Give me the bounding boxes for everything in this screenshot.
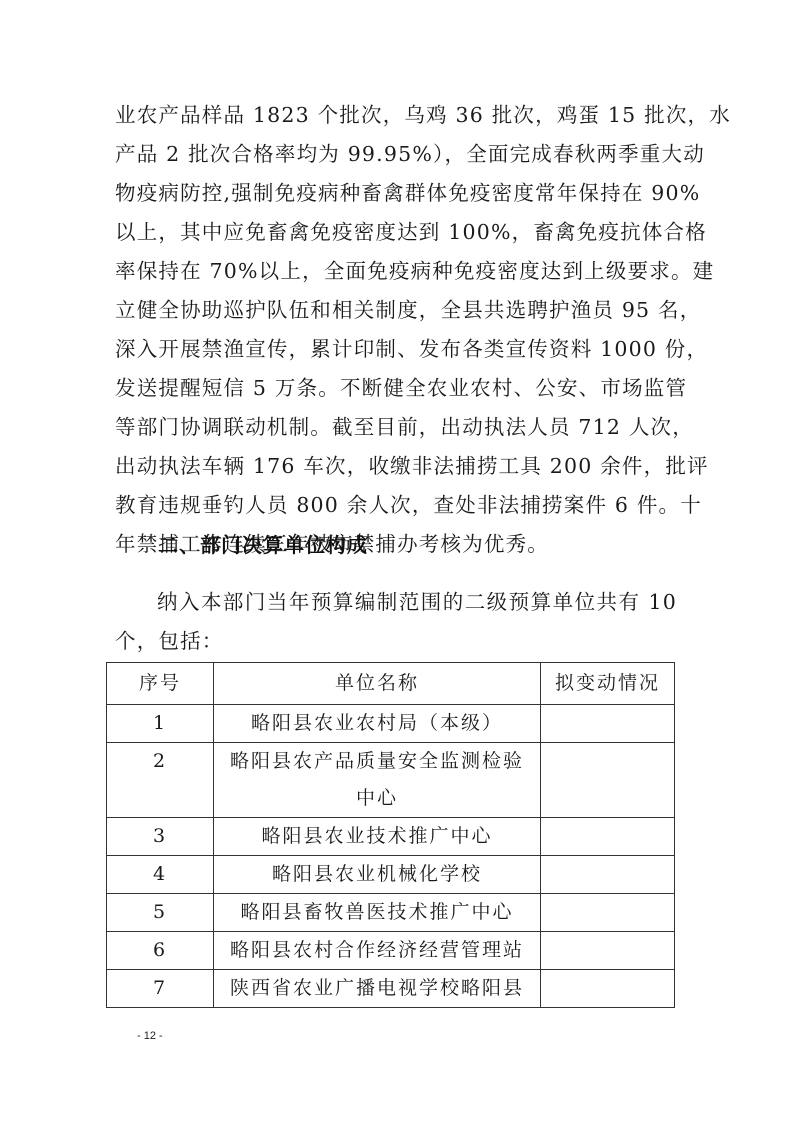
cell-change bbox=[541, 932, 675, 970]
paragraph-line: 以上，其中应免畜禽免疫密度达到 100%，畜禽免疫抗体合格 bbox=[115, 213, 677, 252]
document-page: 业农产品样品 1823 个批次，乌鸡 36 批次，鸡蛋 15 批次，水 产品 2… bbox=[0, 0, 793, 1122]
cell-unit-name: 略阳县农村合作经济经营管理站 bbox=[214, 932, 541, 970]
intro-line: 个，包括： bbox=[115, 622, 677, 661]
cell-unit-name: 略阳县畜牧兽医技术推广中心 bbox=[214, 894, 541, 932]
table-row: 4 略阳县农业机械化学校 bbox=[107, 856, 675, 894]
cell-change bbox=[541, 705, 675, 743]
section-heading: 二、部门决算单位构成 bbox=[158, 530, 368, 560]
intro-paragraph: 纳入本部门当年预算编制范围的二级预算单位共有 10 个，包括： bbox=[115, 583, 677, 661]
cell-index: 4 bbox=[107, 856, 214, 894]
paragraph-line: 深入开展禁渔宣传，累计印制、发布各类宣传资料 1000 份， bbox=[115, 330, 677, 369]
cell-index: 3 bbox=[107, 818, 214, 856]
header-unit-name: 单位名称 bbox=[214, 663, 541, 705]
cell-index: 2 bbox=[107, 743, 214, 818]
cell-index: 7 bbox=[107, 970, 214, 1008]
cell-change bbox=[541, 970, 675, 1008]
header-index: 序号 bbox=[107, 663, 214, 705]
cell-unit-name: 略阳县农业机械化学校 bbox=[214, 856, 541, 894]
cell-unit-name: 略阳县农产品质量安全监测检验 中心 bbox=[214, 743, 541, 818]
cell-change bbox=[541, 818, 675, 856]
table-row: 2 略阳县农产品质量安全监测检验 中心 bbox=[107, 743, 675, 818]
cell-unit-name-line: 中心 bbox=[218, 780, 536, 817]
cell-unit-name: 陕西省农业广播电视学校略阳县 bbox=[214, 970, 541, 1008]
paragraph-line: 等部门协调联动机制。截至目前，出动执法人员 712 人次， bbox=[115, 408, 677, 447]
paragraph-line: 出动执法车辆 176 车次，收缴非法捕捞工具 200 余件，批评 bbox=[115, 447, 677, 486]
table-row: 3 略阳县农业技术推广中心 bbox=[107, 818, 675, 856]
table-row: 1 略阳县农业农村局（本级） bbox=[107, 705, 675, 743]
table-row: 5 略阳县畜牧兽医技术推广中心 bbox=[107, 894, 675, 932]
cell-unit-name-line: 略阳县农产品质量安全监测检验 bbox=[218, 743, 536, 780]
table-header-row: 序号 单位名称 拟变动情况 bbox=[107, 663, 675, 705]
paragraph-line: 教育违规垂钓人员 800 余人次，查处非法捕捞案件 6 件。十 bbox=[115, 486, 677, 525]
header-change-status: 拟变动情况 bbox=[541, 663, 675, 705]
body-paragraph: 业农产品样品 1823 个批次，乌鸡 36 批次，鸡蛋 15 批次，水 产品 2… bbox=[115, 96, 677, 564]
paragraph-line: 物疫病防控,强制免疫病种畜禽群体免疫密度常年保持在 90% bbox=[115, 174, 677, 213]
table-row: 6 略阳县农村合作经济经营管理站 bbox=[107, 932, 675, 970]
cell-unit-name: 略阳县农业农村局（本级） bbox=[214, 705, 541, 743]
cell-index: 1 bbox=[107, 705, 214, 743]
paragraph-line: 率保持在 70%以上，全面免疫病种免疫密度达到上级要求。建 bbox=[115, 252, 677, 291]
cell-change bbox=[541, 894, 675, 932]
page-number: - 12 - bbox=[137, 1030, 163, 1042]
paragraph-line: 发送提醒短信 5 万条。不断健全农业农村、公安、市场监管 bbox=[115, 369, 677, 408]
cell-unit-name: 略阳县农业技术推广中心 bbox=[214, 818, 541, 856]
paragraph-line: 产品 2 批次合格率均为 99.95%），全面完成春秋两季重大动 bbox=[115, 135, 677, 174]
intro-line: 纳入本部门当年预算编制范围的二级预算单位共有 10 bbox=[115, 583, 677, 622]
cell-change bbox=[541, 743, 675, 818]
paragraph-line: 业农产品样品 1823 个批次，乌鸡 36 批次，鸡蛋 15 批次，水 bbox=[115, 96, 677, 135]
cell-index: 5 bbox=[107, 894, 214, 932]
table-row: 7 陕西省农业广播电视学校略阳县 bbox=[107, 970, 675, 1008]
cell-index: 6 bbox=[107, 932, 214, 970]
cell-change bbox=[541, 856, 675, 894]
paragraph-line: 立健全协助巡护队伍和相关制度，全县共选聘护渔员 95 名， bbox=[115, 291, 677, 330]
budget-units-table: 序号 单位名称 拟变动情况 1 略阳县农业农村局（本级） 2 略阳县农产品质量安… bbox=[106, 662, 675, 1008]
